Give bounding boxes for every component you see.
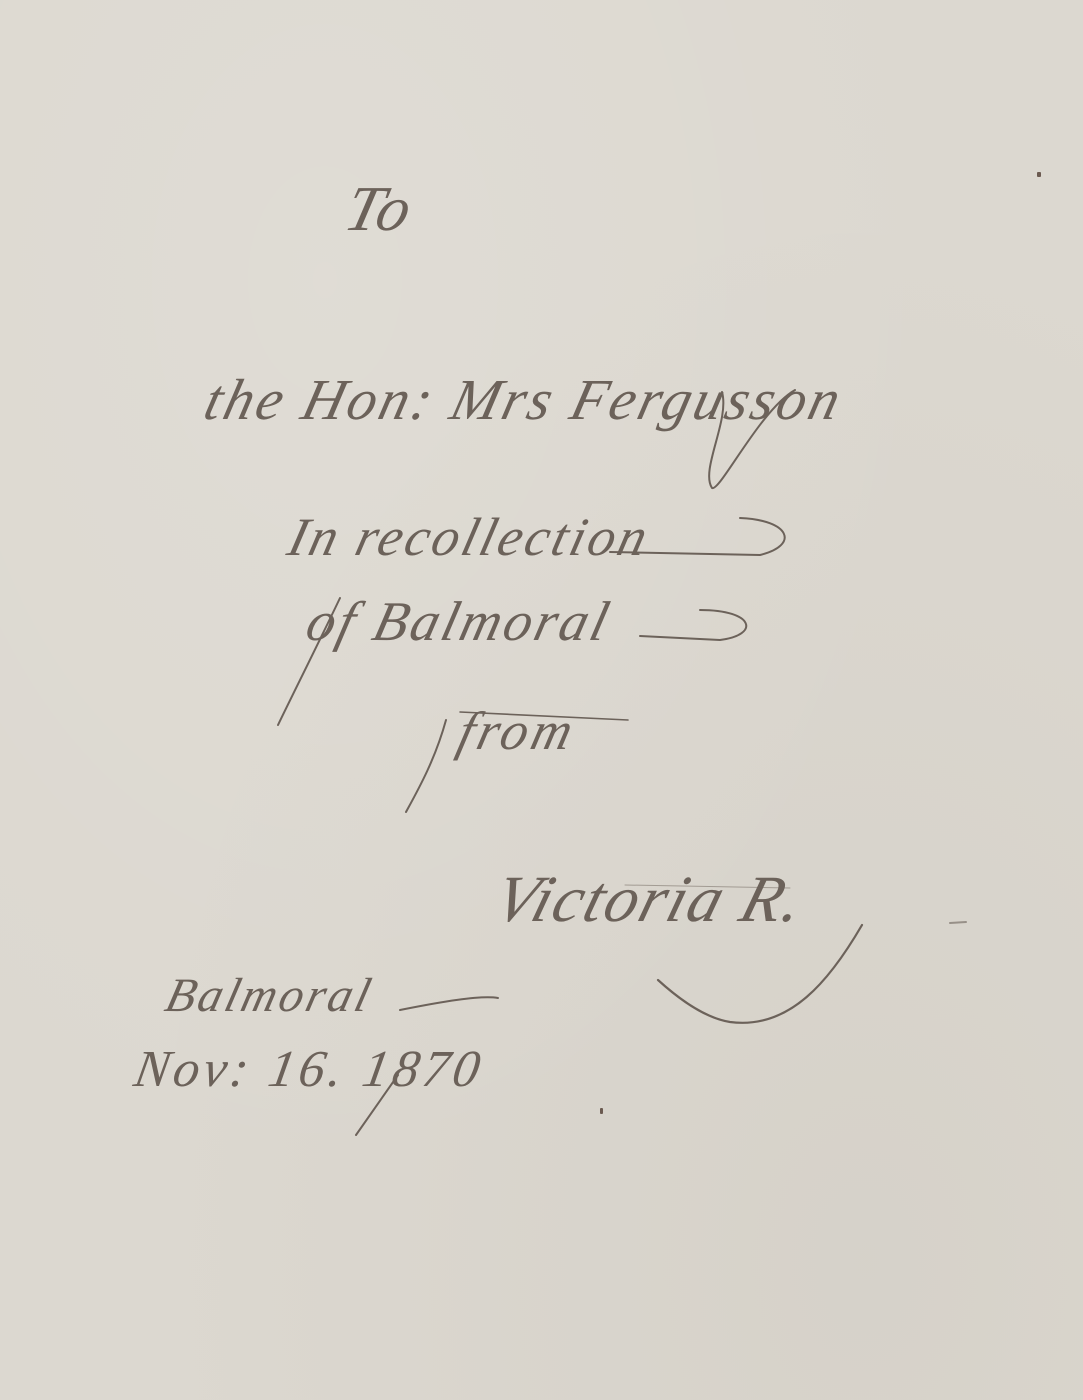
dateline-date: Nov: 16. 1870 — [130, 1040, 488, 1099]
recollection-line: In recollection — [282, 506, 657, 568]
paper-speck — [600, 1108, 603, 1114]
addressee-line: the Hon: Mrs Fergusson — [198, 366, 850, 433]
dateline-place: Balmoral — [160, 968, 379, 1023]
salutation-to: To — [338, 172, 420, 246]
signature: Victoria R. — [486, 862, 815, 938]
from-line: from — [452, 700, 583, 762]
place-line: of Balmoral — [300, 590, 618, 654]
paper-speck — [1037, 172, 1041, 177]
inscription-page: To the Hon: Mrs Fergusson In recollectio… — [0, 0, 1083, 1400]
